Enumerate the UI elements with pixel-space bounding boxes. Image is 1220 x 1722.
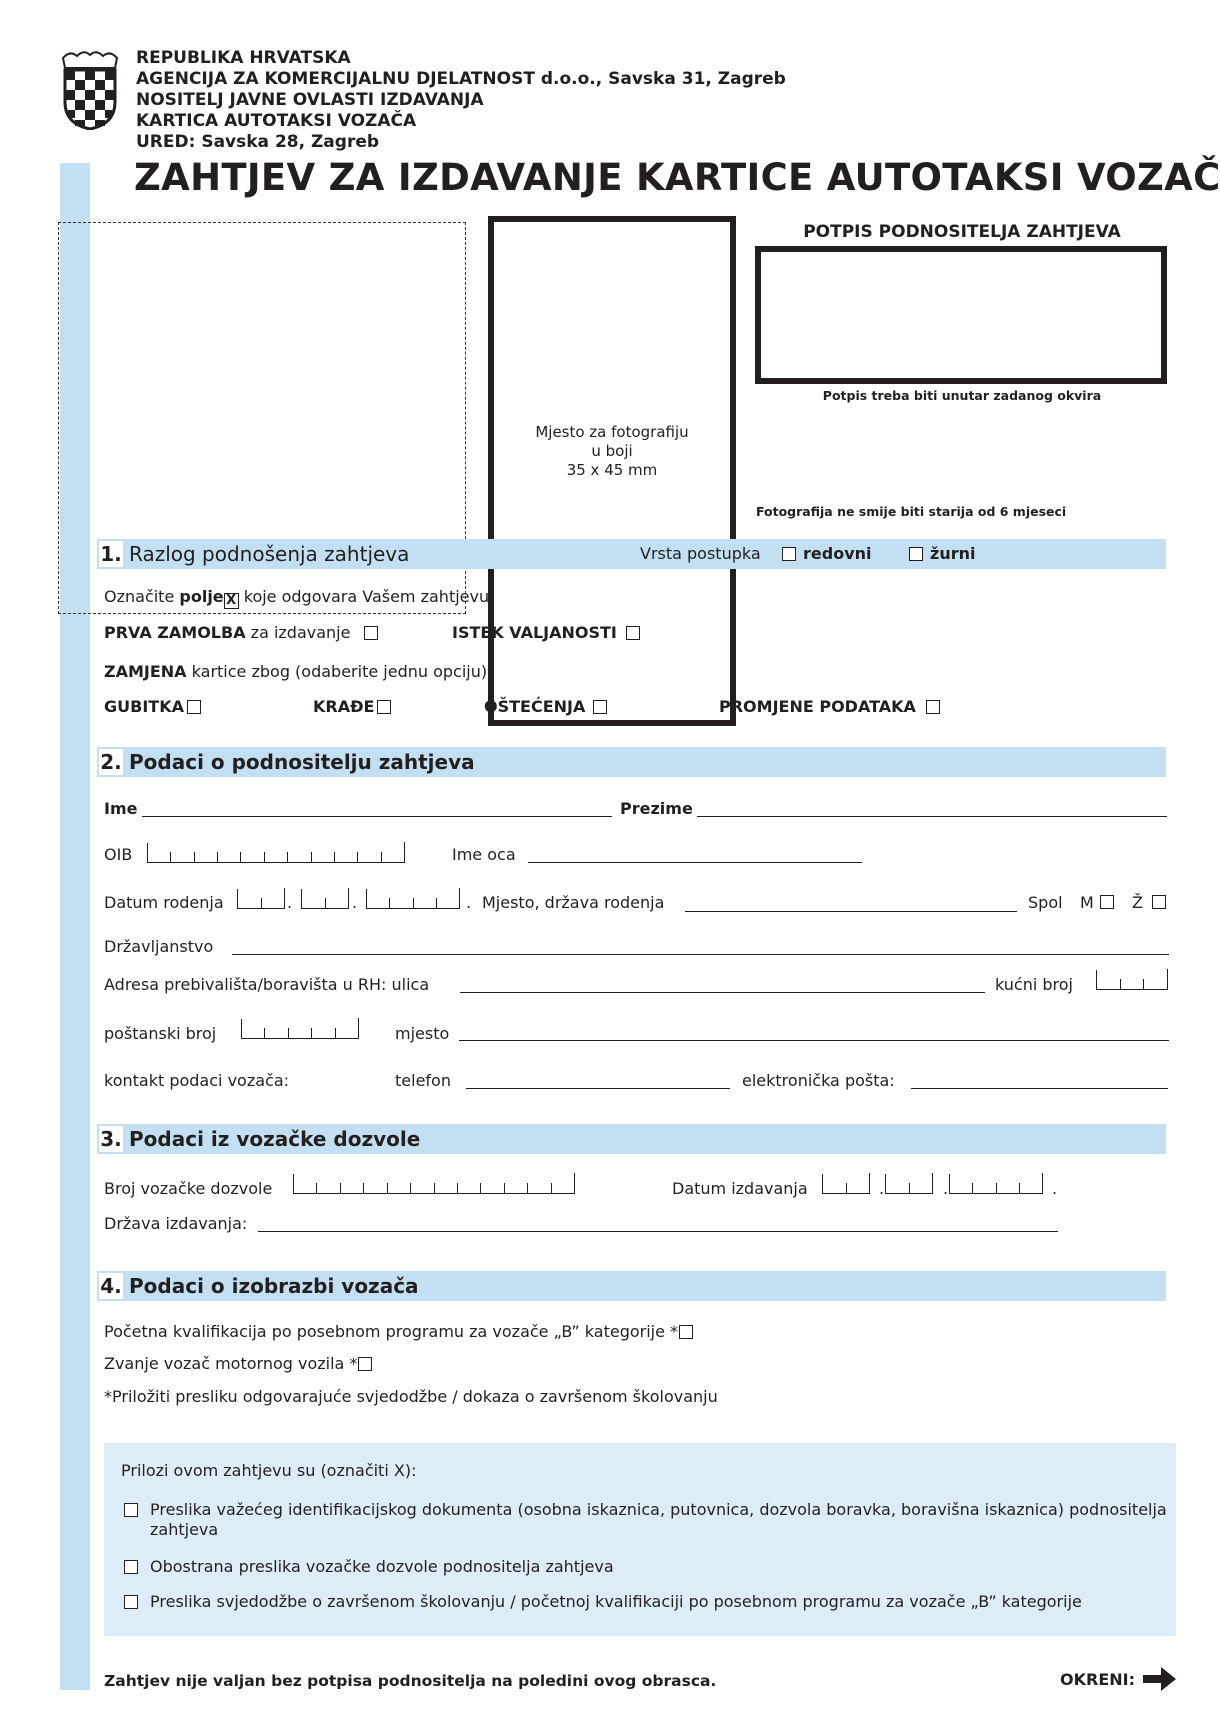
option-label: KRAĐE: [313, 697, 374, 716]
data-change-checkbox[interactable]: [926, 700, 940, 714]
sex-f-checkbox[interactable]: [1152, 895, 1166, 909]
attachment-checkbox-id[interactable]: [124, 1503, 138, 1517]
birth-year-field[interactable]: [366, 889, 460, 909]
license-number-label: Broj vozačke dozvole: [104, 1179, 272, 1199]
father-name-label: Ime oca: [452, 845, 516, 865]
attachment-item: Preslika svjedodžbe o završenom školovan…: [124, 1592, 1170, 1612]
issuing-country-label: Država izdavanja:: [104, 1214, 247, 1234]
address-label: Adresa prebivališta/boravišta u RH: ulic…: [104, 975, 429, 995]
birth-place-field[interactable]: [685, 911, 1017, 912]
section-title: Podaci o podnositelju zahtjeva: [129, 749, 475, 775]
date-separator: .: [879, 1179, 884, 1199]
signature-title: POTPIS PODNOSITELJA ZAHTJEVA: [756, 222, 1168, 242]
first-request-rest: za izdavanje: [251, 623, 351, 642]
section-title: Podaci iz vozačke dozvole: [129, 1126, 420, 1152]
sex-label: Spol: [1028, 893, 1063, 913]
option-label: GUBITKA: [104, 697, 184, 716]
photo-label: Mjesto za fotografiju: [535, 423, 688, 441]
issue-day-field[interactable]: [822, 1174, 870, 1194]
citizenship-label: Državljanstvo: [104, 937, 213, 957]
section-3-header: 3. Podaci iz vozačke dozvole: [97, 1124, 1166, 1154]
replacement-option-loss: GUBITKA: [104, 697, 201, 717]
replacement-option-damage: OŠTEĆENJA: [484, 697, 607, 717]
attachment-checkbox-certificate[interactable]: [124, 1595, 138, 1609]
section-number: 2.: [99, 749, 123, 775]
birth-day-field[interactable]: [237, 889, 285, 909]
instruction-post: koje odgovara Vašem zahtjevu:: [244, 587, 495, 606]
last-name-field[interactable]: [697, 816, 1167, 817]
birth-month-field[interactable]: [301, 889, 349, 909]
photo-age-note: Fotografija ne smije biti starija od 6 m…: [756, 504, 1066, 519]
header-country: REPUBLIKA HRVATSKA: [136, 48, 351, 69]
driver-title-option: Zvanje vozač motornog vozila *: [104, 1354, 372, 1374]
email-label: elektronička pošta:: [742, 1071, 895, 1091]
sex-f-label: Ž: [1132, 893, 1143, 913]
email-field[interactable]: [911, 1088, 1168, 1089]
date-separator: .: [466, 893, 471, 913]
first-name-field[interactable]: [142, 816, 612, 817]
driver-title-label: Zvanje vozač motornog vozila *: [104, 1354, 357, 1373]
replacement-option-theft: KRAĐE: [313, 697, 391, 717]
oib-field[interactable]: [147, 843, 405, 863]
phone-label: telefon: [395, 1071, 451, 1091]
city-field[interactable]: [459, 1040, 1169, 1041]
attachment-checkbox-license[interactable]: [124, 1560, 138, 1574]
license-number-field[interactable]: [293, 1174, 575, 1194]
turn-over-label: OKRENI:: [1060, 1670, 1135, 1689]
procedure-label: Vrsta postupka: [640, 544, 761, 564]
header-office: URED: Savska 28, Zagreb: [136, 132, 379, 153]
replacement-bold: ZAMJENA: [104, 662, 187, 681]
option-label: OŠTEĆENJA: [484, 697, 585, 716]
damage-checkbox[interactable]: [593, 700, 607, 714]
street-field[interactable]: [460, 992, 985, 993]
section-number: 4.: [99, 1273, 123, 1299]
date-separator: .: [943, 1179, 948, 1199]
first-request-option: PRVA ZAMOLBA za izdavanje: [104, 623, 378, 643]
signature-box[interactable]: [755, 246, 1167, 384]
first-name-label: Ime: [104, 799, 137, 819]
turn-over-indicator: OKRENI:: [1060, 1666, 1177, 1692]
contact-label: kontakt podaci vozača:: [104, 1071, 289, 1091]
issue-year-field[interactable]: [949, 1174, 1043, 1194]
section-title: Razlog podnošenja zahtjeva: [129, 541, 409, 567]
driver-title-checkbox[interactable]: [358, 1357, 372, 1371]
attachment-label: Preslika svjedodžbe o završenom školovan…: [150, 1592, 1170, 1612]
photo-color-label: u boji: [591, 442, 632, 460]
postal-code-label: poštanski broj: [104, 1024, 216, 1044]
photo-placeholder[interactable]: Mjesto za fotografiju u boji 35 x 45 mm: [488, 216, 736, 726]
attachment-label: Preslika važećeg identifikacijskog dokum…: [150, 1500, 1170, 1540]
croatian-coat-of-arms-icon: [60, 50, 120, 130]
date-separator: .: [1052, 1179, 1057, 1199]
initial-qualification-label: Početna kvalifikacija po posebnom progra…: [104, 1322, 678, 1341]
postal-code-field[interactable]: [241, 1019, 359, 1039]
replacement-option-data-change: PROMJENE PODATAKA: [719, 697, 940, 717]
attachment-item: Obostrana preslika vozačke dozvole podno…: [124, 1557, 1170, 1577]
issuing-country-field[interactable]: [258, 1231, 1058, 1232]
birth-place-label: Mjesto, država rodenja: [482, 893, 664, 913]
instruction-bold: polje: [179, 587, 223, 606]
procedure-urgent-checkbox[interactable]: [909, 547, 923, 561]
citizenship-field[interactable]: [232, 954, 1169, 955]
expiry-option: ISTEK VALJANOSTI: [452, 623, 640, 643]
issue-date-label: Datum izdavanja: [672, 1179, 808, 1199]
father-name-field[interactable]: [528, 862, 862, 863]
birth-date-label: Datum rodenja: [104, 893, 224, 913]
section-4-header: 4. Podaci o izobrazbi vozača: [97, 1271, 1166, 1301]
header-card: KARTICA AUTOTAKSI VOZAČA: [136, 111, 416, 132]
first-request-checkbox[interactable]: [364, 626, 378, 640]
procedure-urgent-label: žurni: [930, 544, 975, 564]
validity-note: Zahtjev nije valjan bez potpisa podnosit…: [104, 1672, 716, 1690]
arrow-right-icon: [1143, 1666, 1177, 1692]
replacement-text: ZAMJENA kartice zbog (odaberite jednu op…: [104, 662, 493, 682]
date-separator: .: [287, 893, 292, 913]
option-label: PROMJENE PODATAKA: [719, 697, 916, 716]
date-separator: .: [352, 893, 357, 913]
section-number: 1.: [99, 541, 123, 567]
expiry-label: ISTEK VALJANOSTI: [452, 623, 617, 642]
section-2-header: 2. Podaci o podnositelju zahtjeva: [97, 747, 1166, 777]
procedure-regular-checkbox[interactable]: [782, 547, 796, 561]
oib-label: OIB: [104, 845, 132, 865]
issue-month-field[interactable]: [885, 1174, 933, 1194]
replacement-rest: kartice zbog (odaberite jednu opciju):: [192, 662, 493, 681]
initial-qualification-option: Početna kvalifikacija po posebnom progra…: [104, 1322, 693, 1342]
phone-field[interactable]: [466, 1088, 730, 1089]
sex-m-checkbox[interactable]: [1100, 895, 1114, 909]
last-name-label: Prezime: [620, 799, 693, 819]
section-title: Podaci o izobrazbi vozača: [129, 1273, 419, 1299]
section-1-header: 1. Razlog podnošenja zahtjeva Vrsta post…: [97, 539, 1166, 569]
theft-checkbox[interactable]: [377, 700, 391, 714]
signature-note: Potpis treba biti unutar zadanog okvira: [756, 388, 1168, 403]
instruction-text: Označite poljeX koje odgovara Vašem zaht…: [104, 587, 495, 609]
house-number-field[interactable]: [1096, 970, 1168, 990]
header-authority: NOSITELJ JAVNE OVLASTI IZDAVANJA: [136, 90, 484, 111]
section-number: 3.: [99, 1126, 123, 1152]
page-title: ZAHTJEV ZA IZDAVANJE KARTICE AUTOTAKSI V…: [134, 156, 1220, 200]
expiry-checkbox[interactable]: [626, 626, 640, 640]
example-x-mark: X: [224, 593, 239, 609]
photo-size-label: 35 x 45 mm: [567, 461, 658, 479]
loss-checkbox[interactable]: [187, 700, 201, 714]
city-label: mjesto: [395, 1024, 449, 1044]
procedure-regular-label: redovni: [803, 544, 872, 564]
header-agency: AGENCIJA ZA KOMERCIJALNU DJELATNOST d.o.…: [136, 69, 786, 90]
house-number-label: kućni broj: [995, 975, 1073, 995]
attachment-label: Obostrana preslika vozačke dozvole podno…: [150, 1557, 1170, 1577]
initial-qualification-checkbox[interactable]: [679, 1325, 693, 1339]
attachment-item: Preslika važećeg identifikacijskog dokum…: [124, 1500, 1170, 1542]
qualification-note: *Priložiti presliku odgovarajuće svjedod…: [104, 1387, 718, 1407]
instruction-pre: Označite: [104, 587, 174, 606]
sex-m-label: M: [1080, 893, 1094, 913]
first-request-bold: PRVA ZAMOLBA: [104, 623, 246, 642]
attachments-title: Prilozi ovom zahtjevu su (označiti X):: [121, 1461, 416, 1481]
